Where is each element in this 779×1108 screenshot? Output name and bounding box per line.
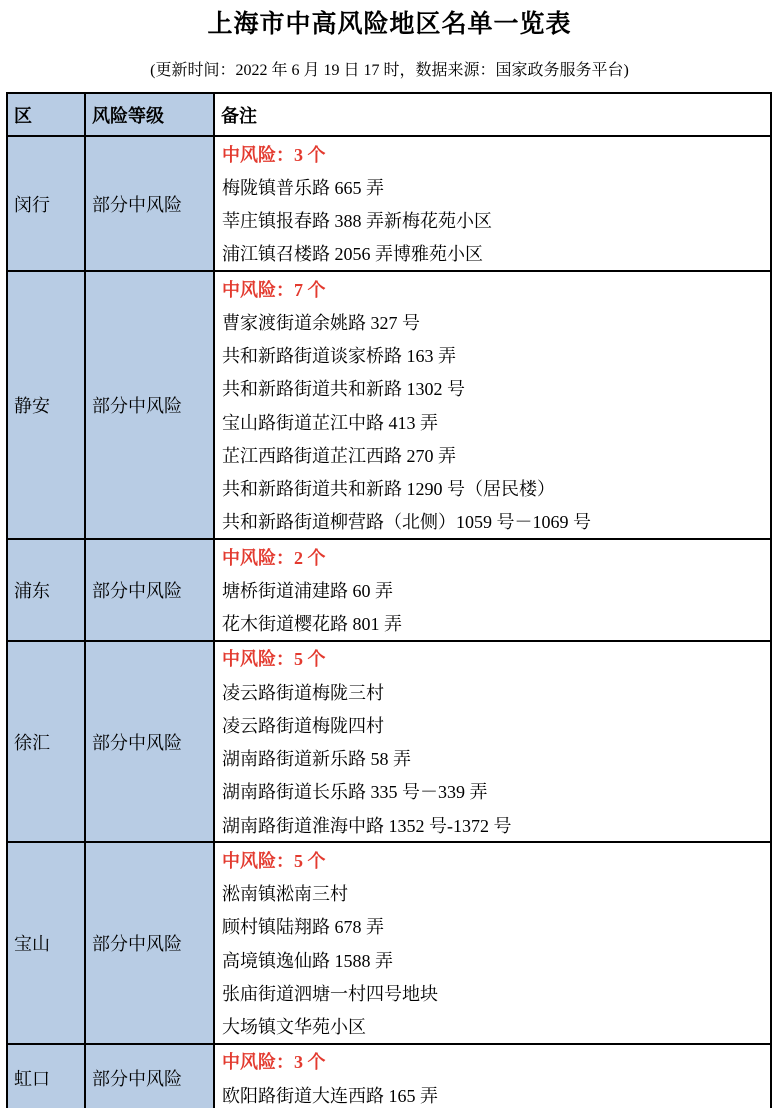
risk-count-summary: 中风险：3 个 bbox=[222, 1045, 766, 1078]
address-line: 浦江镇召楼路 2056 弄博雅苑小区 bbox=[222, 237, 766, 270]
document-page: 上海市中高风险地区名单一览表 (更新时间：2022 年 6 月 19 日 17 … bbox=[0, 0, 779, 1108]
header-remarks: 备注 bbox=[214, 93, 771, 136]
update-info: (更新时间：2022 年 6 月 19 日 17 时，数据来源：国家政务服务平台… bbox=[0, 59, 779, 83]
table-row: 静安 部分中风险 中风险：7 个 曹家渡街道余姚路 327 号 共和新路街道谈家… bbox=[7, 271, 771, 539]
table-row: 徐汇 部分中风险 中风险：5 个 凌云路街道梅陇三村 凌云路街道梅陇四村 湖南路… bbox=[7, 641, 771, 843]
risk-level-cell: 部分中风险 bbox=[85, 641, 214, 843]
address-line: 顾村镇陆翔路 678 弄 bbox=[222, 910, 766, 943]
table-row: 闵行 部分中风险 中风险：3 个 梅陇镇普乐路 665 弄 莘庄镇报春路 388… bbox=[7, 136, 771, 271]
address-line: 湖南路街道淮海中路 1352 号-1372 号 bbox=[222, 808, 766, 841]
address-line: 花木街道樱花路 801 弄 bbox=[222, 607, 766, 640]
risk-level-cell: 部分中风险 bbox=[85, 842, 214, 1044]
risk-count-summary: 中风险：7 个 bbox=[222, 272, 766, 305]
address-line: 塘桥街道浦建路 60 弄 bbox=[222, 573, 766, 606]
header-row: 区 风险等级 备注 bbox=[7, 93, 771, 136]
table-row: 宝山 部分中风险 中风险：5 个 淞南镇淞南三村 顾村镇陆翔路 678 弄 高境… bbox=[7, 842, 771, 1044]
address-line: 共和新路街道柳营路（北侧）1059 号－1069 号 bbox=[222, 505, 766, 538]
remarks-cell: 中风险：7 个 曹家渡街道余姚路 327 号 共和新路街道谈家桥路 163 弄 … bbox=[214, 271, 771, 539]
table-row: 浦东 部分中风险 中风险：2 个 塘桥街道浦建路 60 弄 花木街道樱花路 80… bbox=[7, 539, 771, 641]
risk-level-cell: 部分中风险 bbox=[85, 136, 214, 271]
address-line: 共和新路街道共和新路 1290 号（居民楼） bbox=[222, 472, 766, 505]
district-cell: 宝山 bbox=[7, 842, 85, 1044]
address-line: 莘庄镇报春路 388 弄新梅花苑小区 bbox=[222, 204, 766, 237]
address-line: 大场镇文华苑小区 bbox=[222, 1010, 766, 1043]
address-line: 欧阳路街道大连西路 165 弄 bbox=[222, 1078, 766, 1108]
district-cell: 静安 bbox=[7, 271, 85, 539]
remarks-cell: 中风险：3 个 欧阳路街道大连西路 165 弄 bbox=[214, 1044, 771, 1108]
address-line: 高境镇逸仙路 1588 弄 bbox=[222, 943, 766, 976]
address-line: 湖南路街道长乐路 335 号－339 弄 bbox=[222, 775, 766, 808]
address-line: 淞南镇淞南三村 bbox=[222, 877, 766, 910]
district-cell: 闵行 bbox=[7, 136, 85, 271]
address-line: 湖南路街道新乐路 58 弄 bbox=[222, 742, 766, 775]
district-cell: 浦东 bbox=[7, 539, 85, 641]
address-line: 凌云路街道梅陇三村 bbox=[222, 675, 766, 708]
risk-count-summary: 中风险：5 个 bbox=[222, 843, 766, 876]
risk-count-summary: 中风险：2 个 bbox=[222, 540, 766, 573]
remarks-cell: 中风险：3 个 梅陇镇普乐路 665 弄 莘庄镇报春路 388 弄新梅花苑小区 … bbox=[214, 136, 771, 271]
risk-count-summary: 中风险：5 个 bbox=[222, 642, 766, 675]
header-risk-level: 风险等级 bbox=[85, 93, 214, 136]
risk-level-cell: 部分中风险 bbox=[85, 271, 214, 539]
table-body: 闵行 部分中风险 中风险：3 个 梅陇镇普乐路 665 弄 莘庄镇报春路 388… bbox=[7, 136, 771, 1108]
risk-level-cell: 部分中风险 bbox=[85, 539, 214, 641]
address-line: 梅陇镇普乐路 665 弄 bbox=[222, 170, 766, 203]
address-line: 共和新路街道共和新路 1302 号 bbox=[222, 372, 766, 405]
page-title: 上海市中高风险地区名单一览表 bbox=[0, 0, 779, 42]
remarks-cell: 中风险：5 个 凌云路街道梅陇三村 凌云路街道梅陇四村 湖南路街道新乐路 58 … bbox=[214, 641, 771, 843]
remarks-cell: 中风险：5 个 淞南镇淞南三村 顾村镇陆翔路 678 弄 高境镇逸仙路 1588… bbox=[214, 842, 771, 1044]
address-line: 共和新路街道谈家桥路 163 弄 bbox=[222, 339, 766, 372]
address-line: 宝山路街道芷江中路 413 弄 bbox=[222, 405, 766, 438]
address-line: 曹家渡街道余姚路 327 号 bbox=[222, 305, 766, 338]
district-cell: 徐汇 bbox=[7, 641, 85, 843]
risk-count-summary: 中风险：3 个 bbox=[222, 137, 766, 170]
risk-area-table: 区 风险等级 备注 闵行 部分中风险 中风险：3 个 梅陇镇普乐路 665 弄 … bbox=[6, 92, 772, 1108]
address-line: 芷江西路街道芷江西路 270 弄 bbox=[222, 438, 766, 471]
risk-level-cell: 部分中风险 bbox=[85, 1044, 214, 1108]
remarks-cell: 中风险：2 个 塘桥街道浦建路 60 弄 花木街道樱花路 801 弄 bbox=[214, 539, 771, 641]
address-line: 凌云路街道梅陇四村 bbox=[222, 708, 766, 741]
address-line: 张庙街道泗塘一村四号地块 bbox=[222, 976, 766, 1009]
table-row: 虹口 部分中风险 中风险：3 个 欧阳路街道大连西路 165 弄 bbox=[7, 1044, 771, 1108]
header-district: 区 bbox=[7, 93, 85, 136]
district-cell: 虹口 bbox=[7, 1044, 85, 1108]
